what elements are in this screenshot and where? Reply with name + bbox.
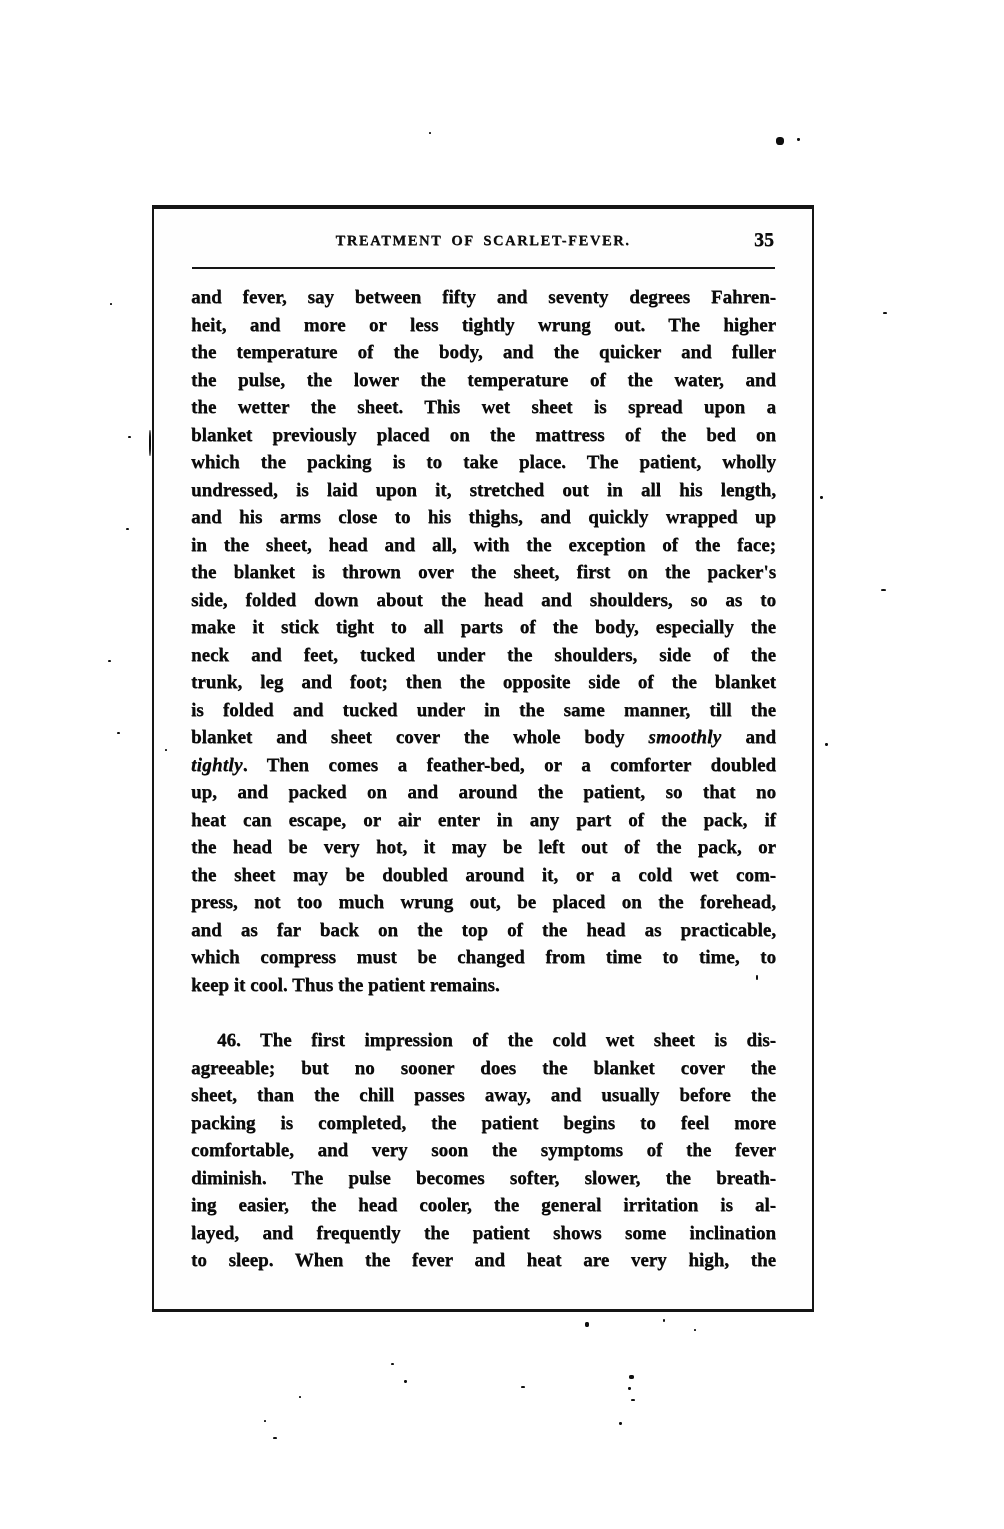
ink-speck — [631, 1399, 635, 1401]
running-head-title: TREATMENT OF SCARLET-FEVER. — [154, 229, 812, 250]
text-line: up, and packed on and around the patient… — [191, 779, 776, 807]
text-line: in the sheet, head and all, with the exc… — [191, 532, 776, 560]
text-line: and his arms close to his thighs, and qu… — [191, 504, 776, 532]
text-line: the blanket is thrown over the sheet, fi… — [191, 559, 776, 587]
text-line: press, not too much wrung out, be placed… — [191, 889, 776, 917]
paragraph: 46. The first impression of the cold wet… — [191, 1027, 776, 1275]
text-line: heit, and more or less tightly wrung out… — [191, 312, 776, 340]
text-line: agreeable; but no sooner does the blanke… — [191, 1055, 776, 1083]
text-line: keep it cool. Thus the patient remains. — [191, 972, 776, 1000]
ink-speck — [264, 1420, 266, 1422]
text-line: layed, and frequently the patient shows … — [191, 1220, 776, 1248]
ink-speck — [881, 589, 886, 591]
text-line: and as far back on the top of the head a… — [191, 917, 776, 945]
text-line: is folded and tucked under in the same m… — [191, 697, 776, 725]
ink-speck — [429, 132, 431, 134]
ink-speck — [825, 743, 828, 746]
ink-speck — [110, 303, 112, 305]
text-line: trunk, leg and foot; then the opposite s… — [191, 669, 776, 697]
text-line: blanket and sheet cover the whole body s… — [191, 724, 776, 752]
ink-speck — [585, 1322, 589, 1327]
page-header: TREATMENT OF SCARLET-FEVER. 35 — [154, 229, 812, 255]
scanned-book-page: { "page": { "header": { "title": "TREATM… — [0, 0, 1004, 1529]
text-line: diminish. The pulse becomes softer, slow… — [191, 1165, 776, 1193]
paragraph: and fever, say between fifty and seventy… — [191, 284, 776, 999]
text-line: which compress must be changed from time… — [191, 944, 776, 972]
ink-speck — [820, 496, 823, 499]
ink-speck — [126, 528, 129, 530]
ink-speck — [128, 436, 131, 438]
page-number: 35 — [754, 229, 774, 252]
ink-speck — [694, 1329, 696, 1331]
ink-speck — [629, 1375, 634, 1379]
text-line: the temperature of the body, and the qui… — [191, 339, 776, 367]
ink-speck — [628, 1387, 631, 1390]
ink-speck — [108, 660, 111, 662]
ink-speck — [404, 1380, 407, 1383]
text-line: the pulse, the lower the temperature of … — [191, 367, 776, 395]
ink-speck — [797, 138, 800, 141]
text-line: heat can escape, or air enter in any par… — [191, 807, 776, 835]
body-text: and fever, say between fifty and seventy… — [191, 284, 776, 1275]
ink-speck — [391, 1363, 394, 1365]
text-line: the wetter the sheet. This wet sheet is … — [191, 394, 776, 422]
ink-speck — [756, 975, 758, 980]
ink-speck — [776, 137, 784, 145]
text-line: and fever, say between fifty and seventy… — [191, 284, 776, 312]
page-border-frame: TREATMENT OF SCARLET-FEVER. 35 and fever… — [152, 205, 814, 1312]
text-line: to sleep. When the fever and heat are ve… — [191, 1247, 776, 1275]
ink-speck — [883, 312, 887, 314]
ink-speck — [521, 1386, 525, 1388]
text-line: blanket previously placed on the mattres… — [191, 422, 776, 450]
text-line: make it stick tight to all parts of the … — [191, 614, 776, 642]
text-line: packing is completed, the patient begins… — [191, 1110, 776, 1138]
text-line: sheet, than the chill passes away, and u… — [191, 1082, 776, 1110]
ink-speck — [273, 1437, 277, 1439]
text-line: neck and feet, tucked under the shoulder… — [191, 642, 776, 670]
text-line: undressed, is laid upon it, stretched ou… — [191, 477, 776, 505]
text-line: which the packing is to take place. The … — [191, 449, 776, 477]
text-line: ing easier, the head cooler, the general… — [191, 1192, 776, 1220]
ink-speck — [117, 732, 120, 734]
ink-speck — [299, 1396, 301, 1398]
text-line: tightly. Then comes a feather-bed, or a … — [191, 752, 776, 780]
text-line: the sheet may be doubled around it, or a… — [191, 862, 776, 890]
text-line: 46. The first impression of the cold wet… — [191, 1027, 776, 1055]
text-line: the head be very hot, it may be left out… — [191, 834, 776, 862]
ink-speck — [619, 1422, 622, 1425]
ink-speck — [165, 749, 167, 751]
text-line: comfortable, and very soon the symptoms … — [191, 1137, 776, 1165]
header-rule — [192, 267, 775, 269]
text-line: side, folded down about the head and sho… — [191, 587, 776, 615]
ink-speck — [149, 430, 151, 456]
ink-speck — [663, 1319, 665, 1322]
